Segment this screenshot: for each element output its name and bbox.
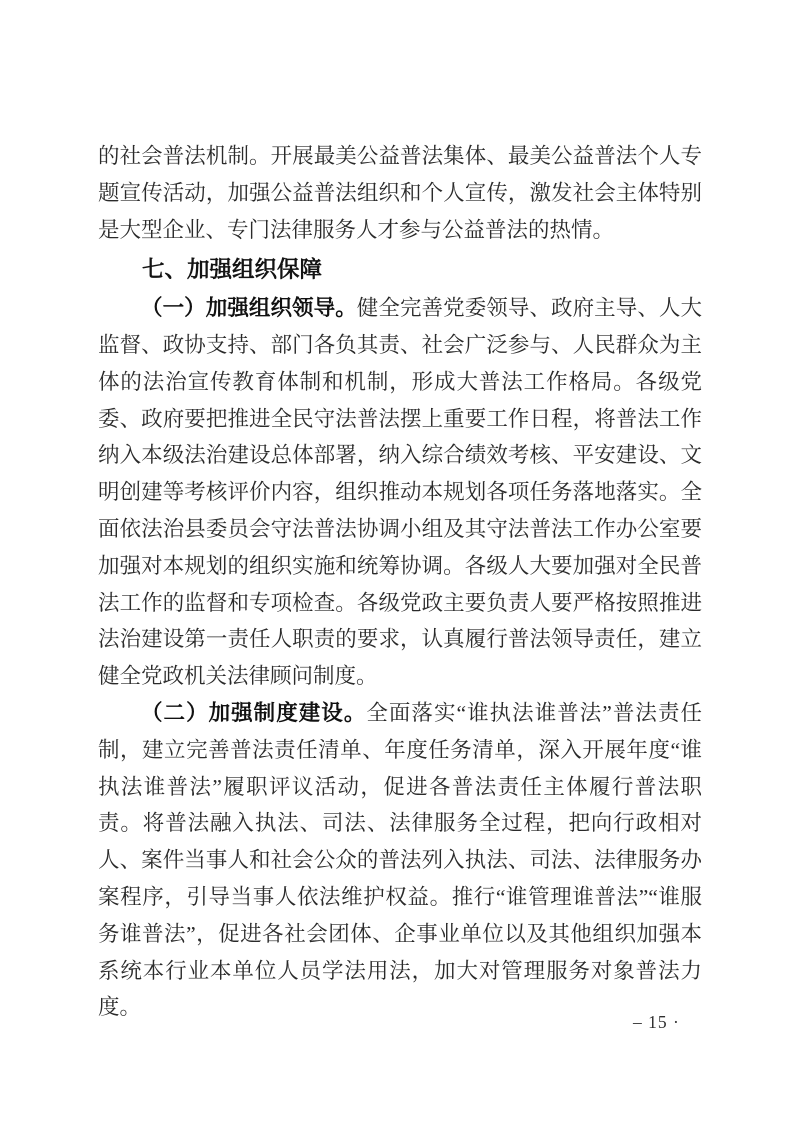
text-block: 的社会普法机制。开展最美公益普法集体、最美公益普法个人专题宣传活动，加强公益普法… xyxy=(98,138,702,1026)
sub2-body-text: 全面落实“谁执法谁普法”普法责任制，建立完善普法责任清单、年度任务清单，深入开展… xyxy=(98,701,702,1019)
sub1-body-text: 健全完善党委领导、政府主导、人大监督、政协支持、部门各负其责、社会广泛参与、人民… xyxy=(98,296,702,688)
paragraph-intro: 的社会普法机制。开展最美公益普法集体、最美公益普法个人专题宣传活动，加强公益普法… xyxy=(98,138,702,248)
paragraph-organization-leadership: （一）加强组织领导。健全完善党委领导、政府主导、人大监督、政协支持、部门各负其责… xyxy=(98,290,702,695)
section-heading: 七、加强组织保障 xyxy=(98,252,702,289)
document-page: 的社会普法机制。开展最美公益普法集体、最美公益普法个人专题宣传活动，加强公益普法… xyxy=(0,0,793,1122)
sub2-lead-label: （二）加强制度建设。 xyxy=(141,701,366,725)
paragraph-system-building: （二）加强制度建设。全面落实“谁执法谁普法”普法责任制，建立完善普法责任清单、年… xyxy=(98,695,702,1026)
page-number: – 15 · xyxy=(633,1012,680,1033)
sub1-lead-label: （一）加强组织领导。 xyxy=(141,296,357,320)
